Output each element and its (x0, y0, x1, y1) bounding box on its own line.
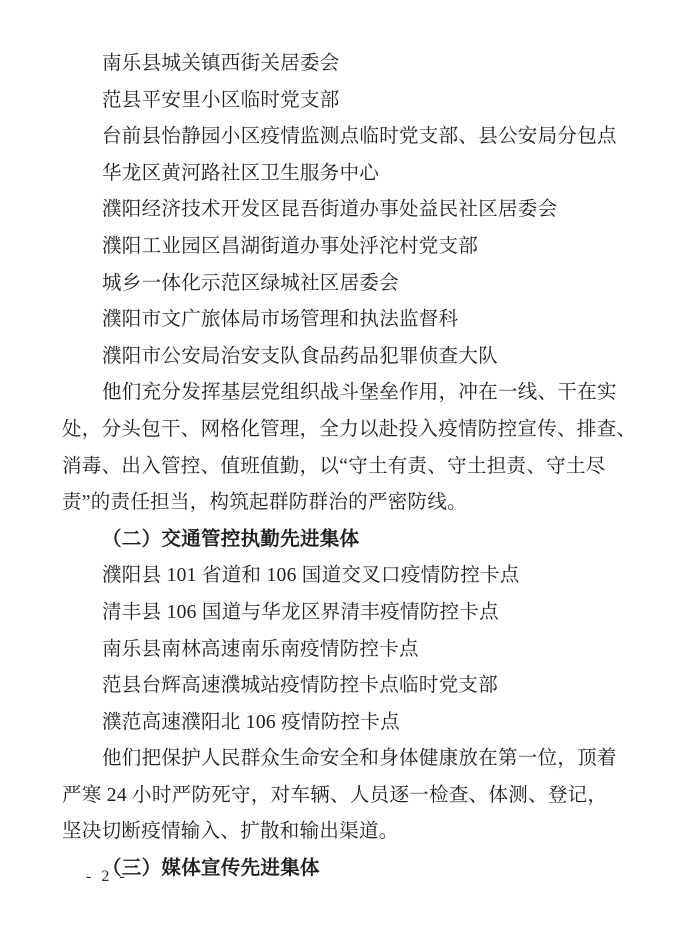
page-number: - 2 - (86, 868, 128, 886)
paragraph-line: 责”的责任担当，构筑起群防群治的严密防线。 (62, 485, 644, 522)
org-list-item: 濮阳市文广旅体局市场管理和执法监督科 (62, 302, 644, 339)
org-list-item: 濮阳市公安局治安支队食品药品犯罪侦查大队 (62, 339, 644, 376)
org-list-item: 南乐县南林高速南乐南疫情防控卡点 (62, 632, 644, 669)
paragraph-line: 坚决切断疫情输入、扩散和输出渠道。 (62, 814, 644, 851)
org-list-item: 华龙区黄河路社区卫生服务中心 (62, 156, 644, 193)
paragraph-line: 他们把保护人民群众生命安全和身体健康放在第一位，顶着 (62, 741, 644, 778)
paragraph-line: 消毒、出入管控、值班值勤，以“守土有责、守土担责、守土尽 (62, 449, 644, 486)
section-heading: （三）媒体宣传先进集体 (62, 851, 644, 888)
org-list-item: 清丰县 106 国道与华龙区界清丰疫情防控卡点 (62, 595, 644, 632)
org-list-item: 台前县怡静园小区疫情监测点临时党支部、县公安局分包点 (62, 119, 644, 156)
document-body: 南乐县城关镇西街关居委会 范县平安里小区临时党支部 台前县怡静园小区疫情监测点临… (62, 46, 644, 888)
org-list-item: 城乡一体化示范区绿城社区居委会 (62, 266, 644, 303)
org-list-item: 濮阳经济技术开发区昆吾街道办事处益民社区居委会 (62, 192, 644, 229)
paragraph-line: 严寒 24 小时严防死守，对车辆、人员逐一检查、体测、登记， (62, 778, 644, 815)
org-list-item: 濮阳工业园区昌湖街道办事处泘沱村党支部 (62, 229, 644, 266)
section-heading: （二）交通管控执勤先进集体 (62, 522, 644, 559)
org-list-item: 南乐县城关镇西街关居委会 (62, 46, 644, 83)
org-list-item: 范县平安里小区临时党支部 (62, 83, 644, 120)
paragraph-line: 他们充分发挥基层党组织战斗堡垒作用，冲在一线、干在实 (62, 375, 644, 412)
org-list-item: 范县台辉高速濮城站疫情防控卡点临时党支部 (62, 668, 644, 705)
org-list-item: 濮阳县 101 省道和 106 国道交叉口疫情防控卡点 (62, 558, 644, 595)
paragraph-line: 处，分头包干、网格化管理，全力以赴投入疫情防控宣传、排查、 (62, 412, 644, 449)
document-page: 南乐县城关镇西街关居委会 范县平安里小区临时党支部 台前县怡静园小区疫情监测点临… (0, 0, 700, 941)
org-list-item: 濮范高速濮阳北 106 疫情防控卡点 (62, 705, 644, 742)
